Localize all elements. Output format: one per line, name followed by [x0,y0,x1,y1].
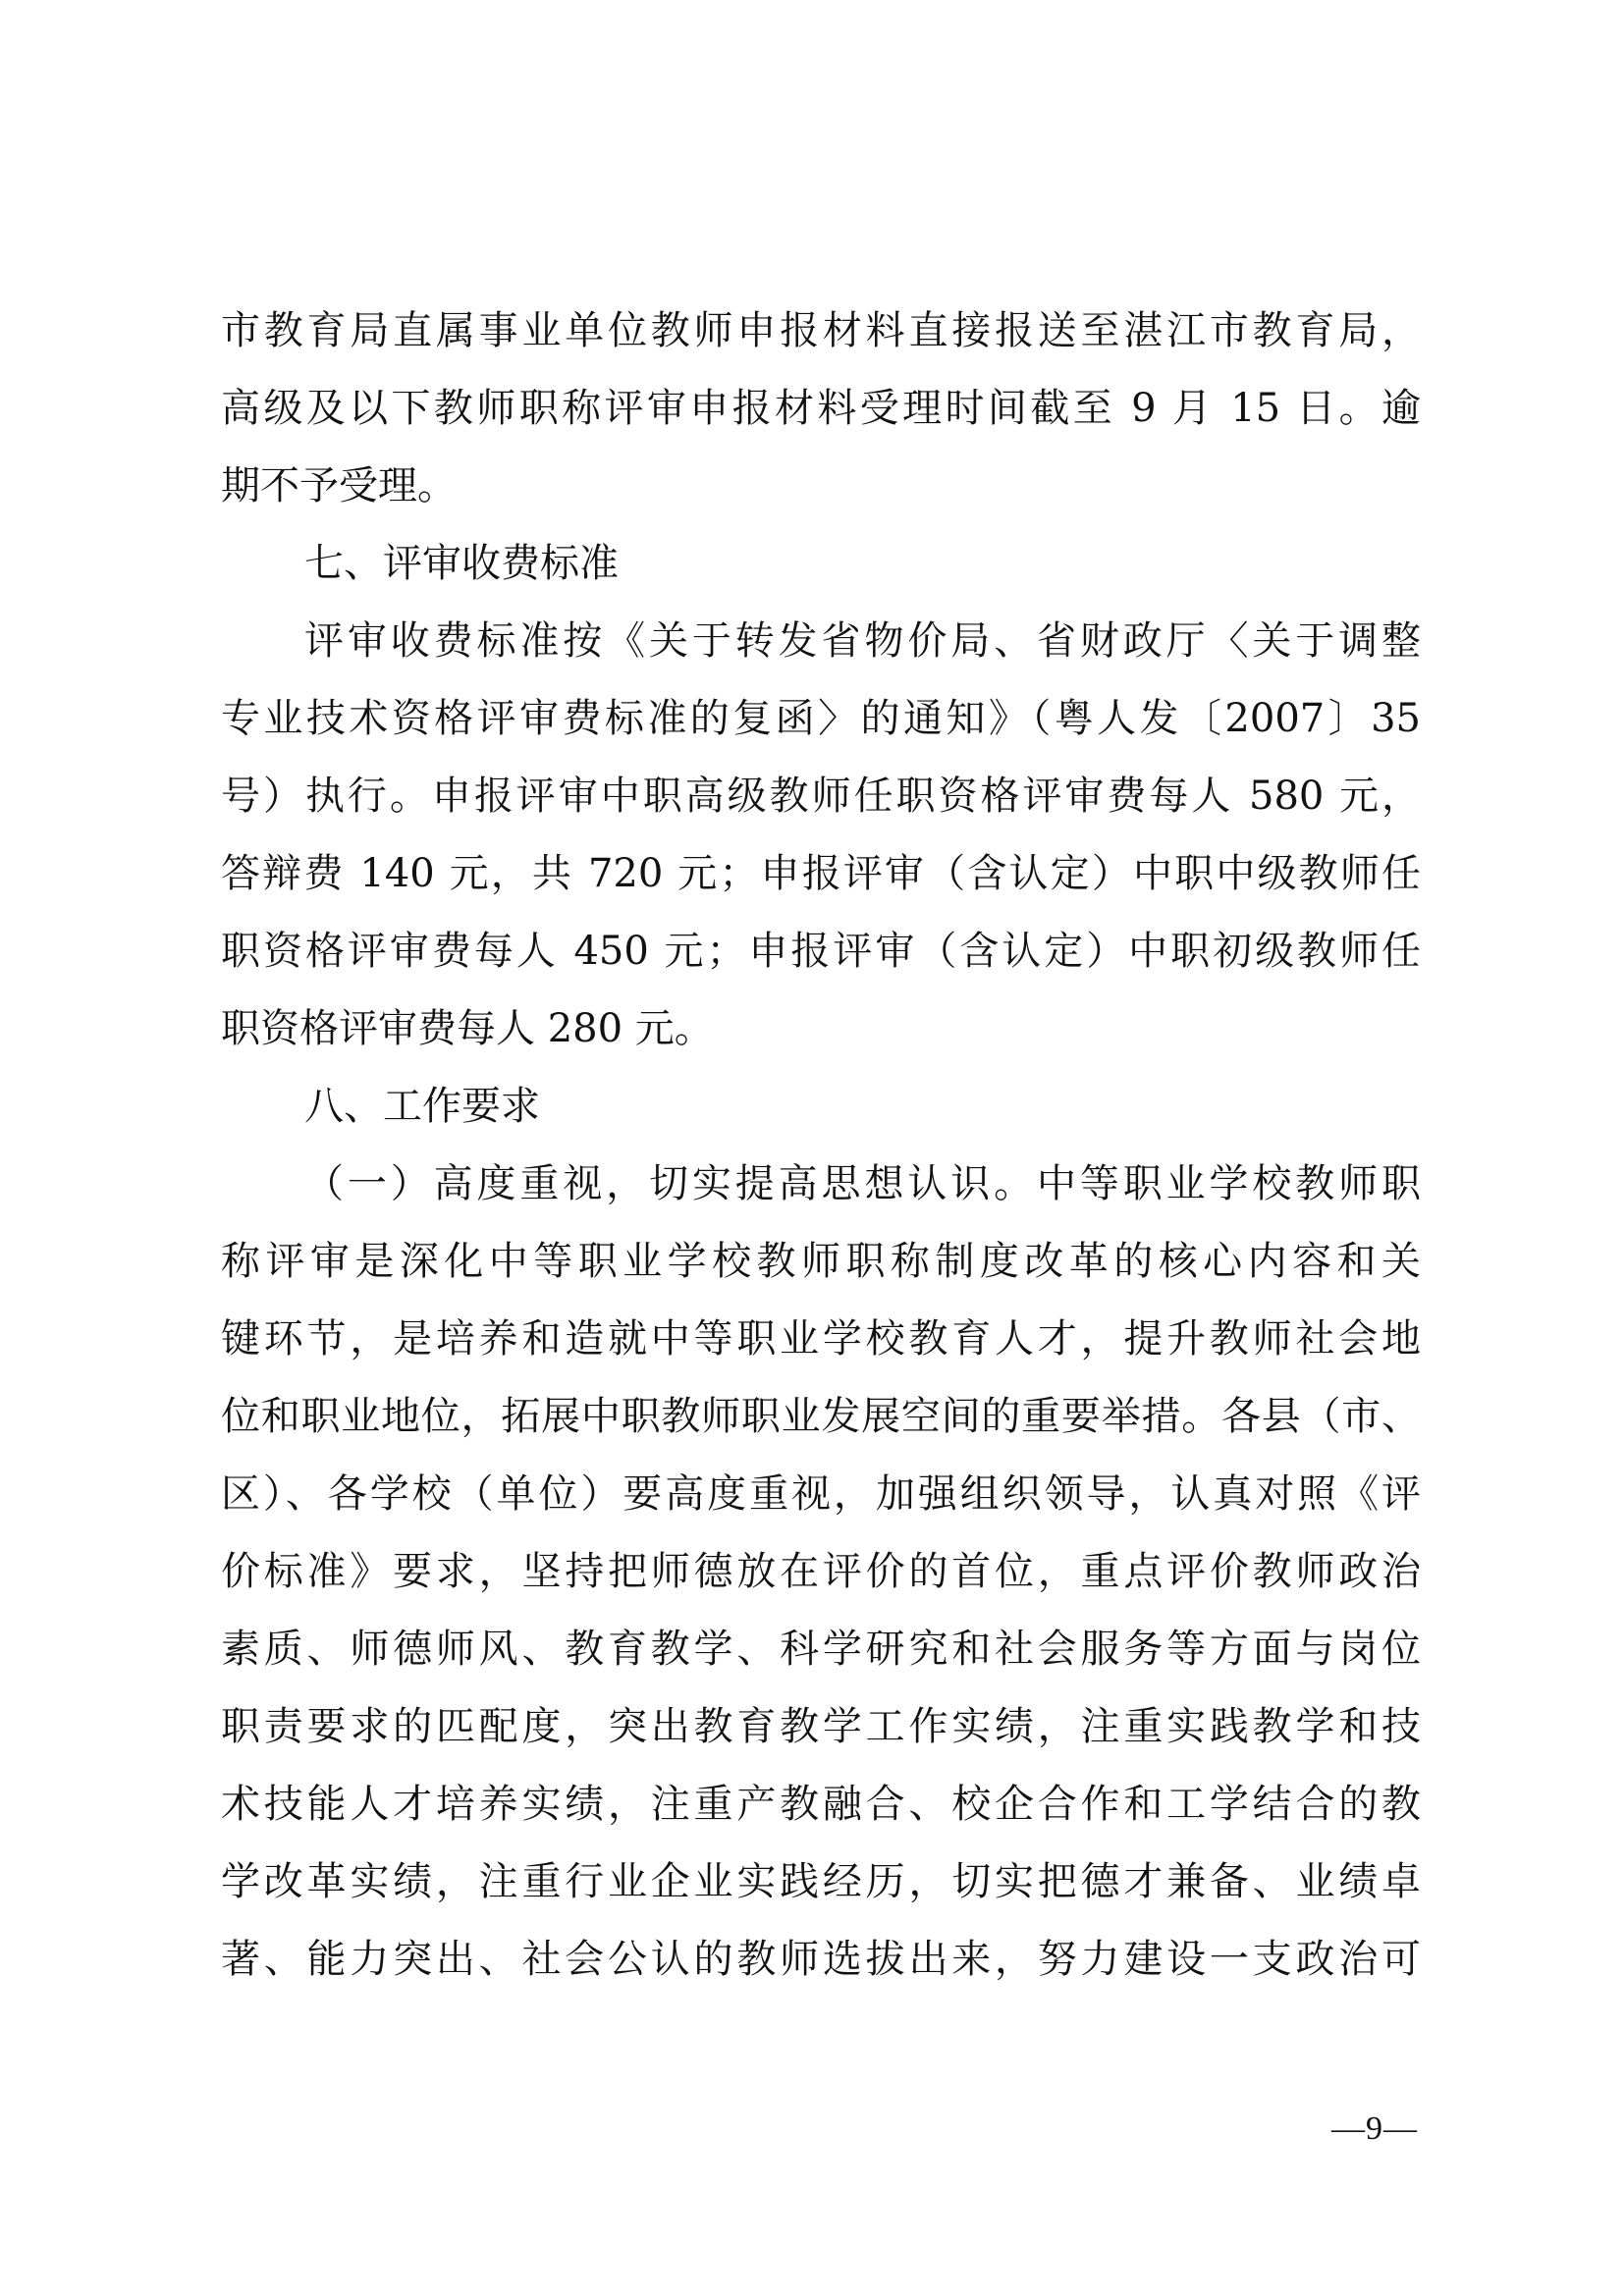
paragraph-line: 市教育局直属事业单位教师申报材料直接报送至湛江市教育局， [221,293,1421,370]
paragraph-line: 价标准》要求，坚持把师德放在评价的首位，重点评价教师政治 [221,1533,1421,1611]
paragraph-line: 素质、师德师风、教育教学、科学研究和社会服务等方面与岗位 [221,1611,1421,1688]
paragraph-line: 术技能人才培养实绩，注重产教融合、校企合作和工学结合的教 [221,1766,1421,1843]
paragraph-line: 区）、各学校（单位）要高度重视，加强组织领导，认真对照《评 [221,1456,1421,1533]
paragraph-line: 高级及以下教师职称评审申报材料受理时间截至 9 月 15 日。逾 [221,370,1421,448]
paragraph-line: 著、能力突出、社会公认的教师选拔出来，努力建设一支政治可 [221,1921,1421,1999]
paragraph-line: 评审收费标准按《关于转发省物价局、省财政厅〈关于调整 [221,603,1421,680]
body-text: 市教育局直属事业单位教师申报材料直接报送至湛江市教育局， 高级及以下教师职称评审… [221,293,1421,1999]
paragraph-line: 职资格评审费每人 450 元；申报评审（含认定）中职初级教师任 [221,913,1421,990]
paragraph-line: 位和职业地位，拓展中职教师职业发展空间的重要举措。各县（市、 [221,1378,1421,1456]
paragraph-line: 称评审是深化中等职业学校教师职称制度改革的核心内容和关 [221,1223,1421,1301]
page-number: —9— [1306,2110,1443,2148]
paragraph-line: 期不予受理。 [221,448,1421,525]
paragraph-line: 键环节，是培养和造就中等职业学校教育人才，提升教师社会地 [221,1301,1421,1378]
section-heading-work-requirements: 八、工作要求 [221,1068,1421,1146]
paragraph-line: 学改革实绩，注重行业企业实践经历，切实把德才兼备、业绩卓 [221,1843,1421,1921]
paragraph-line: 专业技术资格评审费标准的复函〉的通知》（粤人发〔2007〕35 [221,680,1421,758]
paragraph-line: （一）高度重视，切实提高思想认识。中等职业学校教师职 [221,1146,1421,1223]
paragraph-line: 答辩费 140 元，共 720 元；申报评审（含认定）中职中级教师任 [221,835,1421,913]
section-heading-fee-standard: 七、评审收费标准 [221,525,1421,603]
paragraph-line: 职责要求的匹配度，突出教育教学工作实绩，注重实践教学和技 [221,1688,1421,1766]
document-page: 市教育局直属事业单位教师申报材料直接报送至湛江市教育局， 高级及以下教师职称评审… [0,0,1624,2296]
paragraph-line: 号）执行。申报评审中职高级教师任职资格评审费每人 580 元， [221,758,1421,835]
paragraph-line: 职资格评审费每人 280 元。 [221,990,1421,1068]
